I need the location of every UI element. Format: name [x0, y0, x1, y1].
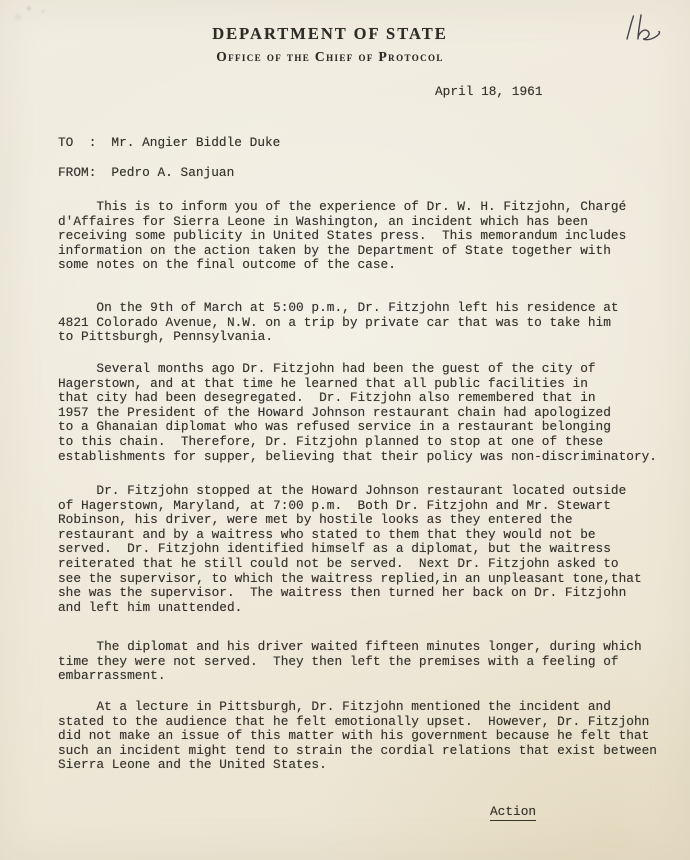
to-line: TO :Mr. Angier Biddle Duke — [58, 136, 280, 151]
paragraph-departure: On the 9th of March at 5:00 p.m., Dr. Fi… — [58, 301, 619, 345]
memo-page: DEPARTMENT OF STATE Office of the Chief … — [0, 0, 690, 860]
paragraph-incident: Dr. Fitzjohn stopped at the Howard Johns… — [58, 484, 642, 615]
action-heading-text: Action — [490, 804, 536, 821]
date: April 18, 1961 — [435, 85, 543, 100]
paragraph-intro: This is to inform you of the experience … — [58, 200, 626, 273]
handwritten-mark-1b — [621, 12, 669, 46]
from-line: FROM:Pedro A. Sanjuan — [58, 166, 234, 181]
paragraph-waiting: The diplomat and his driver waited fifte… — [58, 640, 642, 684]
department-title: DEPARTMENT OF STATE — [0, 24, 660, 44]
to-label: TO : — [58, 135, 96, 150]
action-heading: Action — [490, 805, 536, 820]
paragraph-lecture: At a lecture in Pittsburgh, Dr. Fitzjohn… — [58, 700, 657, 773]
to-value: Mr. Angier Biddle Duke — [111, 135, 280, 150]
from-value: Pedro A. Sanjuan — [111, 165, 234, 180]
from-label: FROM: — [58, 165, 96, 180]
paragraph-background: Several months ago Dr. Fitzjohn had been… — [58, 362, 657, 464]
letterhead: DEPARTMENT OF STATE Office of the Chief … — [0, 0, 660, 65]
office-subtitle: Office of the Chief of Protocol — [0, 49, 660, 65]
